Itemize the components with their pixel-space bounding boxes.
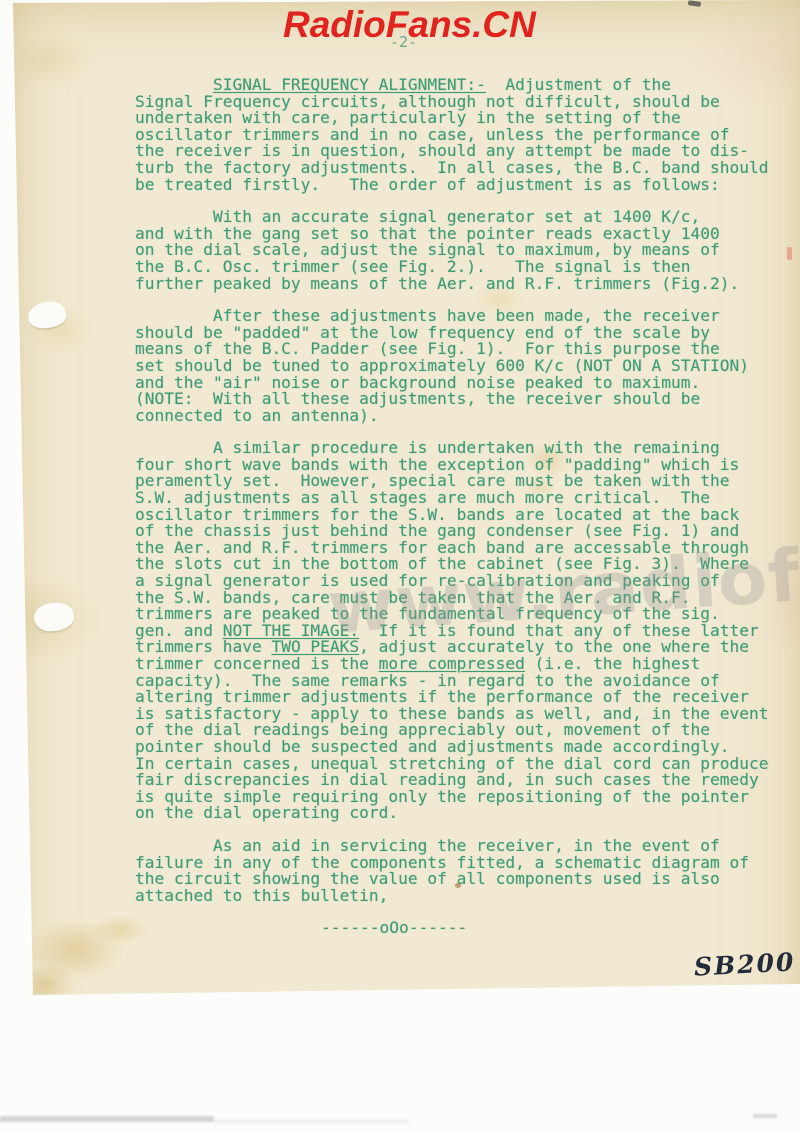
paragraph-signal-generator: With an accurate signal generator set at… <box>135 209 790 292</box>
site-logo: RadioFans.CN <box>283 4 536 46</box>
scan-artifact-top <box>688 0 702 7</box>
paragraph-text: (i.e. the highest capacity). The same re… <box>135 654 768 822</box>
paragraph-alignment-intro: SIGNAL FREQUENCY ALIGNMENT:- Adjustment … <box>135 77 790 193</box>
scanner-shadow-mid <box>214 1120 409 1123</box>
edge-smudge <box>697 988 707 993</box>
handwritten-code: SB200 <box>693 947 796 981</box>
paragraph-short-wave: A similar procedure is undertaken with t… <box>135 440 790 822</box>
punch-hole-top <box>26 299 67 330</box>
paragraph-text: Adjustment of the Signal Frequency circu… <box>135 75 768 194</box>
scanner-shadow-left <box>0 1116 214 1122</box>
paragraph-text: A similar procedure is undertaken with t… <box>135 438 749 640</box>
end-divider: ------oOo------ <box>321 920 790 937</box>
paragraph-padding: After these adjustments have been made, … <box>135 308 790 424</box>
scanned-page: -2- RadioFans.CN SIGNAL FREQUENCY ALIGNM… <box>0 0 800 1132</box>
scan-artifact-right <box>787 247 792 260</box>
paragraph-servicing: As an aid in servicing the receiver, in … <box>135 838 790 904</box>
ink-spot <box>455 883 461 888</box>
document-body: SIGNAL FREQUENCY ALIGNMENT:- Adjustment … <box>135 77 790 937</box>
punch-hole-bottom <box>33 601 75 632</box>
scanner-shadow-right <box>753 1114 777 1118</box>
